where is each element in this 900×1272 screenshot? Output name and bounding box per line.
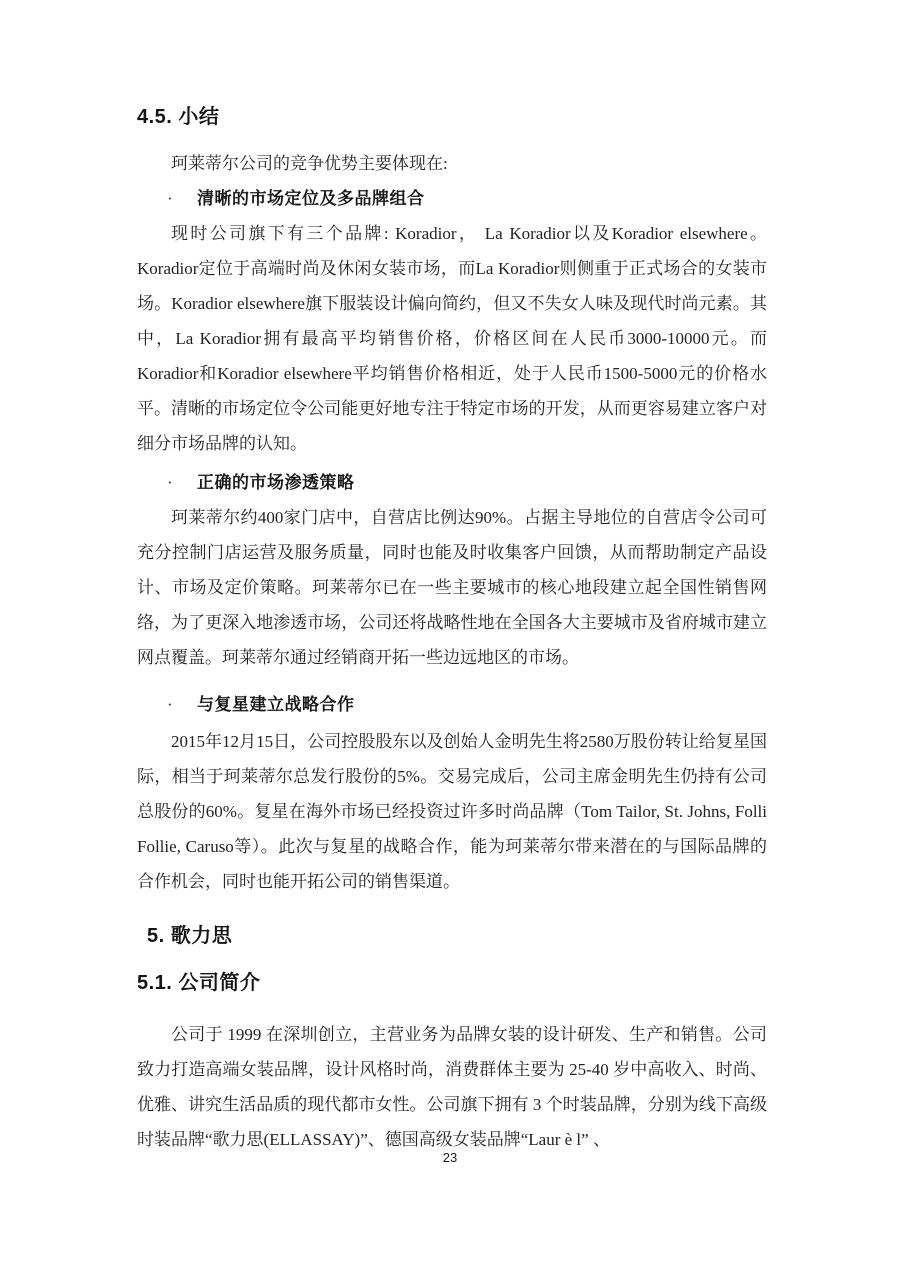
bullet-item-market-penetration: · 正确的市场渗透策略	[137, 465, 767, 500]
bullet-item-fosun-cooperation: · 与复星建立战略合作	[137, 687, 767, 722]
bullet-dot-icon: ·	[167, 181, 197, 216]
text-column: 4.5. 小结 珂莱蒂尔公司的竞争优势主要体现在: · 清晰的市场定位及多品牌组…	[137, 104, 767, 1157]
section-5-heading: 5. 歌力思	[147, 923, 767, 949]
bullet-dot-icon: ·	[167, 465, 197, 500]
page-number: 23	[0, 1150, 900, 1165]
section-5-1-heading: 5.1. 公司简介	[137, 970, 767, 996]
section-4-5-heading: 4.5. 小结	[137, 104, 767, 130]
paragraph-market-positioning: 现时公司旗下有三个品牌: Koradior， La Koradior以及Kora…	[137, 216, 767, 461]
paragraph-market-penetration: 珂莱蒂尔约400家门店中，自营店比例达90%。占据主导地位的自营店令公司可充分控…	[137, 500, 767, 675]
paragraph-fosun-cooperation: 2015年12月15日，公司控股股东以及创始人金明先生将2580万股份转让给复星…	[137, 724, 767, 899]
bullet-title: 清晰的市场定位及多品牌组合	[197, 181, 425, 216]
bullet-item-market-positioning: · 清晰的市场定位及多品牌组合	[137, 181, 767, 216]
document-page: 4.5. 小结 珂莱蒂尔公司的竞争优势主要体现在: · 清晰的市场定位及多品牌组…	[0, 0, 900, 1272]
paragraph-company-intro: 公司于 1999 在深圳创立，主营业务为品牌女装的设计研发、生产和销售。公司致力…	[137, 1017, 767, 1157]
section-4-5-intro: 珂莱蒂尔公司的竞争优势主要体现在:	[137, 146, 767, 181]
bullet-title: 正确的市场渗透策略	[197, 465, 355, 500]
bullet-dot-icon: ·	[167, 687, 197, 722]
bullet-title: 与复星建立战略合作	[197, 687, 355, 722]
